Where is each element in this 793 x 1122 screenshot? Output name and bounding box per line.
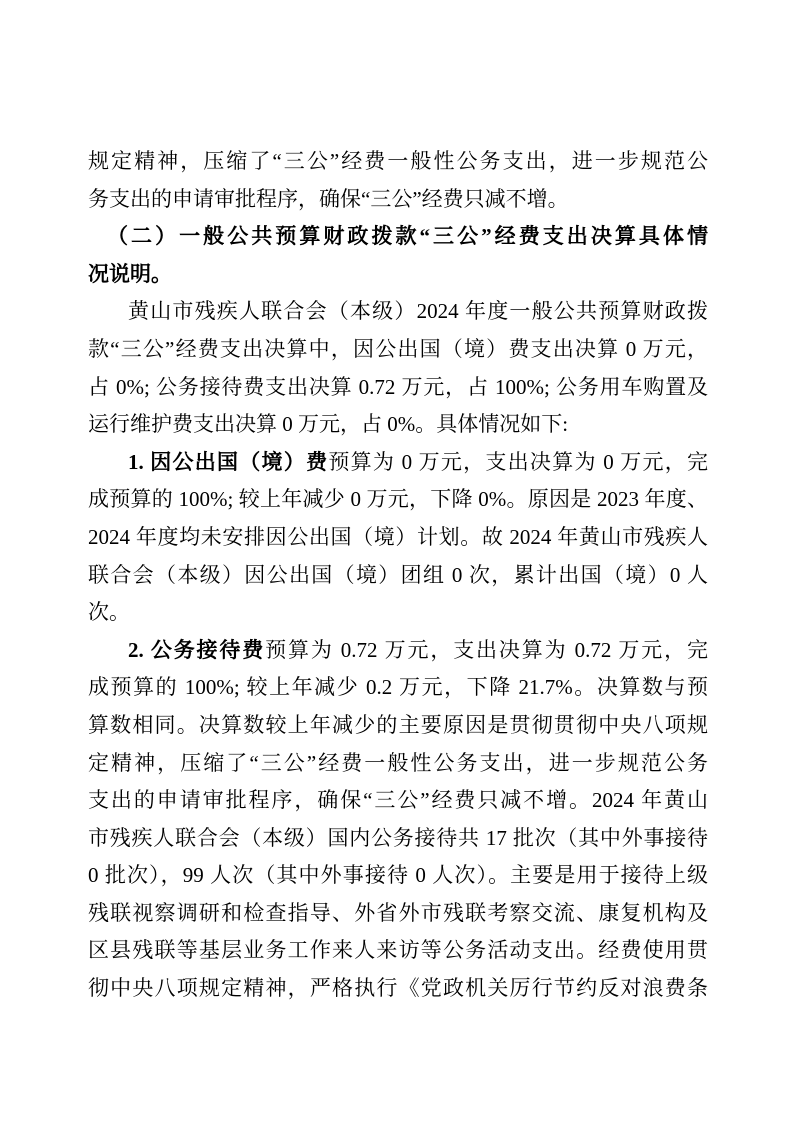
text-segment: 成预算的 100%; 较上年减少 0 万元，下降 0%。原因是 2023 年度、 xyxy=(88,487,708,511)
text-line: 算数相同。决算数较上年减少的主要原因是贯彻贯彻中央八项规 xyxy=(88,707,708,745)
text-segment: 运行维护费支出决算 0 万元，占 0%。具体情况如下: xyxy=(88,412,568,436)
bold-text-segment: （二）一般公共预算财政拨款“三公”经费支出决算具体情 xyxy=(107,224,708,248)
text-segment: 黄山市残疾人联合会（本级）2024 年度一般公共预算财政拨 xyxy=(128,299,708,323)
text-segment: 联合会（本级）因公出国（境）团组 0 次，累计出国（境）0 人 xyxy=(88,563,708,587)
text-segment: 次。 xyxy=(88,600,130,624)
text-line: 黄山市残疾人联合会（本级）2024 年度一般公共预算财政拨 xyxy=(88,293,708,331)
text-line: 成预算的 100%; 较上年减少 0.2 万元，下降 21.7%。决算数与预 xyxy=(88,669,708,707)
text-line: 定精神，压缩了“三公”经费一般性公务支出，进一步规范公务 xyxy=(88,745,708,783)
text-segment: 区县残联等基层业务工作来人来访等公务活动支出。经费使用贯 xyxy=(88,938,708,962)
text-line: 务支出的申请审批程序，确保“三公”经费只减不增。 xyxy=(88,181,708,219)
text-line: 0 批次），99 人次（其中外事接待 0 人次）。主要是用于接待上级 xyxy=(88,857,708,895)
text-line: 款“三公”经费支出决算中，因公出国（境）费支出决算 0 万元， xyxy=(88,331,708,369)
text-line: 1. 因公出国（境）费预算为 0 万元，支出决算为 0 万元，完 xyxy=(88,444,708,482)
text-line: （二）一般公共预算财政拨款“三公”经费支出决算具体情 xyxy=(88,218,708,256)
text-segment: 款“三公”经费支出决算中，因公出国（境）费支出决算 0 万元， xyxy=(88,337,708,361)
text-segment: 务支出的申请审批程序，确保“三公”经费只减不增。 xyxy=(88,187,569,211)
text-segment: 残联视察调研和检查指导、外省外市残联考察交流、康复机构及 xyxy=(88,901,708,925)
text-line: 2. 公务接待费预算为 0.72 万元，支出决算为 0.72 万元，完 xyxy=(88,632,708,670)
text-segment: 占 0%; 公务接待费支出决算 0.72 万元，占 100%; 公务用车购置及 xyxy=(88,375,708,399)
text-line: 市残疾人联合会（本级）国内公务接待共 17 批次（其中外事接待 xyxy=(88,820,708,858)
text-line: 次。 xyxy=(88,594,708,632)
text-segment: 市残疾人联合会（本级）国内公务接待共 17 批次（其中外事接待 xyxy=(88,826,708,850)
document-body: 规定精神，压缩了“三公”经费一般性公务支出，进一步规范公务支出的申请审批程序，确… xyxy=(88,143,708,1008)
text-line: 运行维护费支出决算 0 万元，占 0%。具体情况如下: xyxy=(88,406,708,444)
document-page: 规定精神，压缩了“三公”经费一般性公务支出，进一步规范公务支出的申请审批程序，确… xyxy=(0,0,793,1122)
text-line: 况说明。 xyxy=(88,256,708,294)
text-line: 残联视察调研和检查指导、外省外市残联考察交流、康复机构及 xyxy=(88,895,708,933)
bold-text-segment: 况说明。 xyxy=(88,262,172,286)
text-line: 区县残联等基层业务工作来人来访等公务活动支出。经费使用贯 xyxy=(88,932,708,970)
text-line: 规定精神，压缩了“三公”经费一般性公务支出，进一步规范公 xyxy=(88,143,708,181)
text-segment: 0 批次），99 人次（其中外事接待 0 人次）。主要是用于接待上级 xyxy=(88,863,708,887)
text-line: 支出的申请审批程序，确保“三公”经费只减不增。2024 年黄山 xyxy=(88,782,708,820)
text-line: 联合会（本级）因公出国（境）团组 0 次，累计出国（境）0 人 xyxy=(88,557,708,595)
text-line: 成预算的 100%; 较上年减少 0 万元，下降 0%。原因是 2023 年度、 xyxy=(88,481,708,519)
text-segment: 彻中央八项规定精神，严格执行《党政机关厉行节约反对浪费条 xyxy=(88,976,708,1000)
text-line: 2024 年度均未安排因公出国（境）计划。故 2024 年黄山市残疾人 xyxy=(88,519,708,557)
text-segment: 支出的申请审批程序，确保“三公”经费只减不增。2024 年黄山 xyxy=(88,788,708,812)
bold-text-segment: 2. 公务接待费 xyxy=(128,638,265,662)
text-line: 彻中央八项规定精神，严格执行《党政机关厉行节约反对浪费条 xyxy=(88,970,708,1008)
text-segment: 成预算的 100%; 较上年减少 0.2 万元，下降 21.7%。决算数与预 xyxy=(88,675,708,699)
text-segment: 定精神，压缩了“三公”经费一般性公务支出，进一步规范公务 xyxy=(88,751,708,775)
text-line: 占 0%; 公务接待费支出决算 0.72 万元，占 100%; 公务用车购置及 xyxy=(88,369,708,407)
text-segment: 算数相同。决算数较上年减少的主要原因是贯彻贯彻中央八项规 xyxy=(88,713,708,737)
text-segment: 预算为 0.72 万元，支出决算为 0.72 万元，完 xyxy=(265,638,708,662)
text-segment: 规定精神，压缩了“三公”经费一般性公务支出，进一步规范公 xyxy=(88,149,708,173)
text-segment: 2024 年度均未安排因公出国（境）计划。故 2024 年黄山市残疾人 xyxy=(88,525,708,549)
text-segment: 预算为 0 万元，支出决算为 0 万元，完 xyxy=(328,450,708,474)
bold-text-segment: 1. 因公出国（境）费 xyxy=(128,450,328,474)
